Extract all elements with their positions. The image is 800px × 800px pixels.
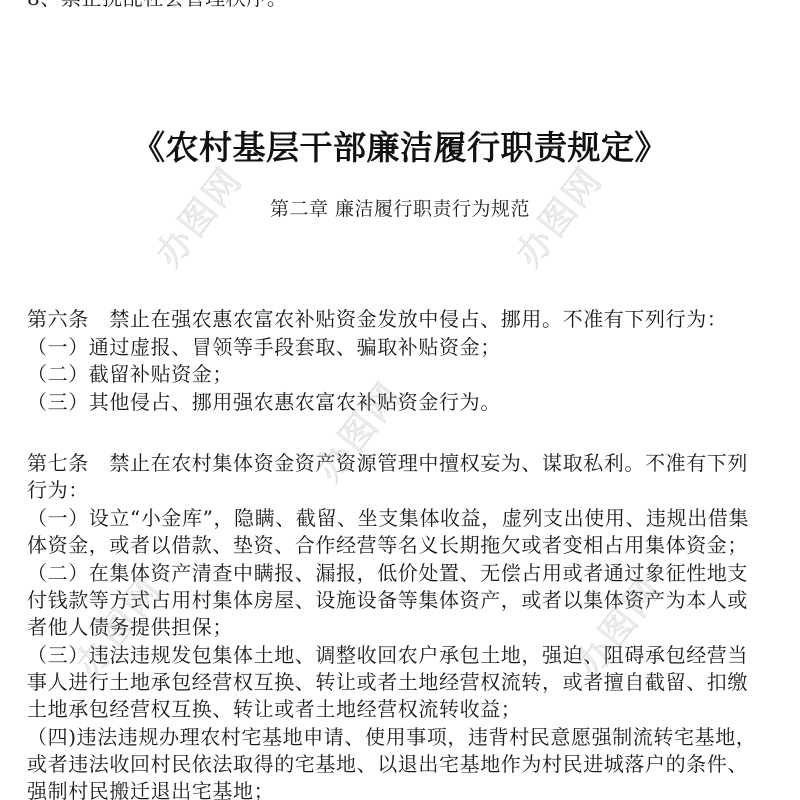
article-7-item-2-cont: 付钱款等方式占用村集体房屋、设施设备等集体资产，或者以集体资产为本人或 — [27, 587, 748, 614]
article-7-item-2: （二）在集体资产清查中瞒报、漏报，低价处置、无偿占用或者通过象征性地支 — [27, 560, 748, 587]
article-7-item-1-cont: 体资金，或者以借款、垫资、合作经营等名义长期拖欠或者变相占用集体资金； — [27, 532, 748, 559]
previous-clause-line: 8、禁止扰乱社会管理秩序。 — [27, 0, 288, 12]
article-6-heading: 第六条 禁止在强农惠农富农补贴资金发放中侵占、挪用。不准有下列行为： — [27, 306, 727, 333]
article-6-item-1: （一）通过虚报、冒领等手段套取、骗取补贴资金； — [27, 334, 501, 361]
article-7-item-2-cont2: 者他人债务提供担保； — [27, 614, 233, 641]
article-7-item-3: （三）违法违规发包集体土地、调整收回农户承包土地，强迫、阻碍承包经营当 — [27, 642, 748, 669]
article-7-item-3-cont: 事人进行土地承包经营权互换、转让或者土地经营权流转，或者擅自截留、扣缴 — [27, 669, 748, 696]
document-title: 《农村基层干部廉洁履行职责规定》 — [0, 126, 800, 170]
article-6-item-3: （三）其他侵占、挪用强农惠农富农补贴资金行为。 — [27, 389, 501, 416]
article-7-item-3-cont2: 土地承包经营权互换、转让或者土地经营权流转收益； — [27, 696, 521, 723]
article-7-heading: 第七条 禁止在农村集体资金资产资源管理中擅权妄为、谋取私利。不准有下列 — [27, 450, 748, 477]
article-7-item-4-cont: 或者违法收回村民依法取得的宅基地、以退出宅基地作为村民进城落户的条件、 — [27, 751, 748, 778]
chapter-heading: 第二章 廉洁履行职责行为规范 — [0, 196, 800, 222]
article-7-item-1: （一）设立“小金库”，隐瞒、截留、坐支集体收益，虚列支出使用、违规出借集 — [27, 505, 749, 532]
article-7-item-4-cont2: 强制村民搬迁退出宅基地； — [27, 778, 274, 800]
article-7-heading-cont: 行为： — [27, 477, 89, 504]
article-6-item-2: （二）截留补贴资金； — [27, 361, 233, 388]
document-page: 8、禁止扰乱社会管理秩序。 《农村基层干部廉洁履行职责规定》 第二章 廉洁履行职… — [0, 0, 800, 800]
article-7-item-4: （四)违法违规办理农村宅基地申请、使用事项，违背村民意愿强制流转宅基地， — [27, 724, 756, 751]
